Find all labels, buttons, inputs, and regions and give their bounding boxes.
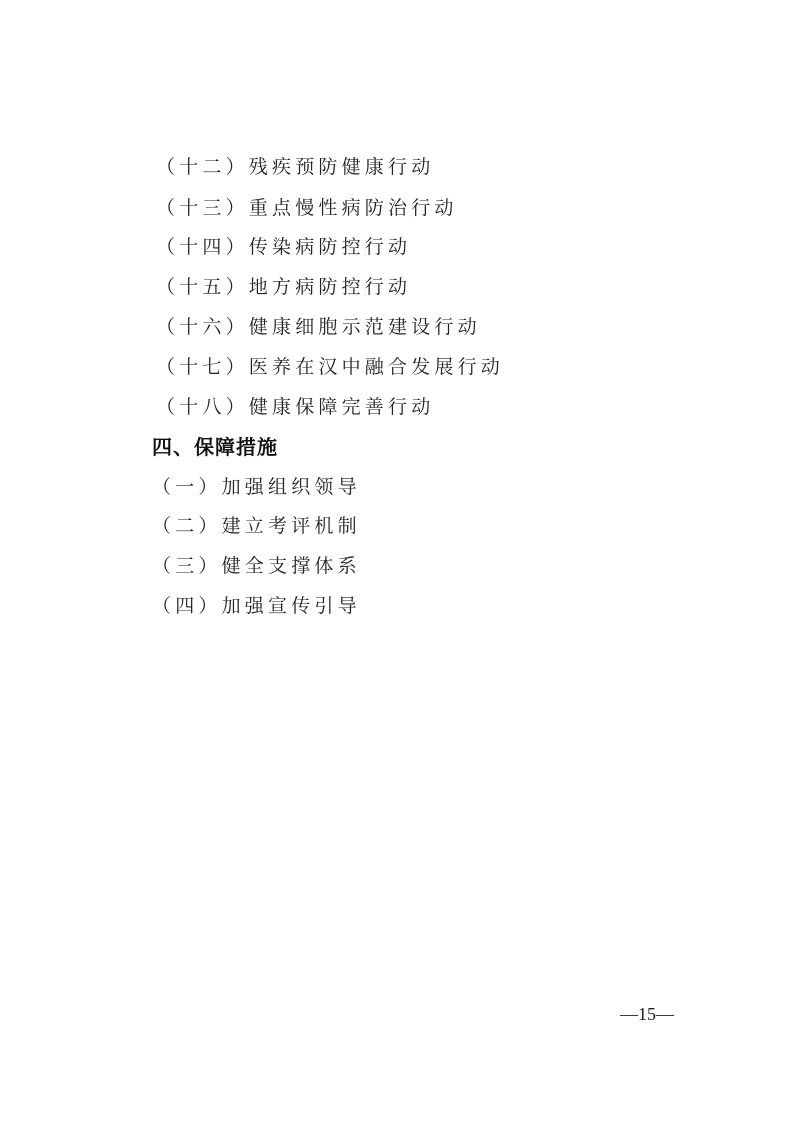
toc-item-s4-3: （三）健全支撑体系 (152, 554, 361, 578)
toc-item-15: （十五）地方病防控行动 (156, 275, 411, 299)
toc-item-s4-1: （一）加强组织领导 (152, 475, 361, 499)
toc-item-s4-2: （二）建立考评机制 (152, 514, 361, 538)
toc-item-13: （十三）重点慢性病防治行动 (156, 196, 458, 220)
section-heading-safeguards: 四、保障措施 (152, 434, 278, 460)
toc-item-16: （十六）健康细胞示范建设行动 (156, 315, 481, 339)
toc-item-12: （十二）残疾预防健康行动 (156, 155, 434, 179)
toc-item-18: （十八）健康保障完善行动 (156, 395, 434, 419)
toc-item-s4-4: （四）加强宣传引导 (152, 594, 361, 618)
toc-item-14: （十四）传染病防控行动 (156, 235, 411, 259)
page-number: —15— (620, 1004, 674, 1025)
toc-item-17: （十七）医养在汉中融合发展行动 (156, 355, 504, 379)
document-page: （十二）残疾预防健康行动 （十三）重点慢性病防治行动 （十四）传染病防控行动 （… (0, 0, 793, 1122)
